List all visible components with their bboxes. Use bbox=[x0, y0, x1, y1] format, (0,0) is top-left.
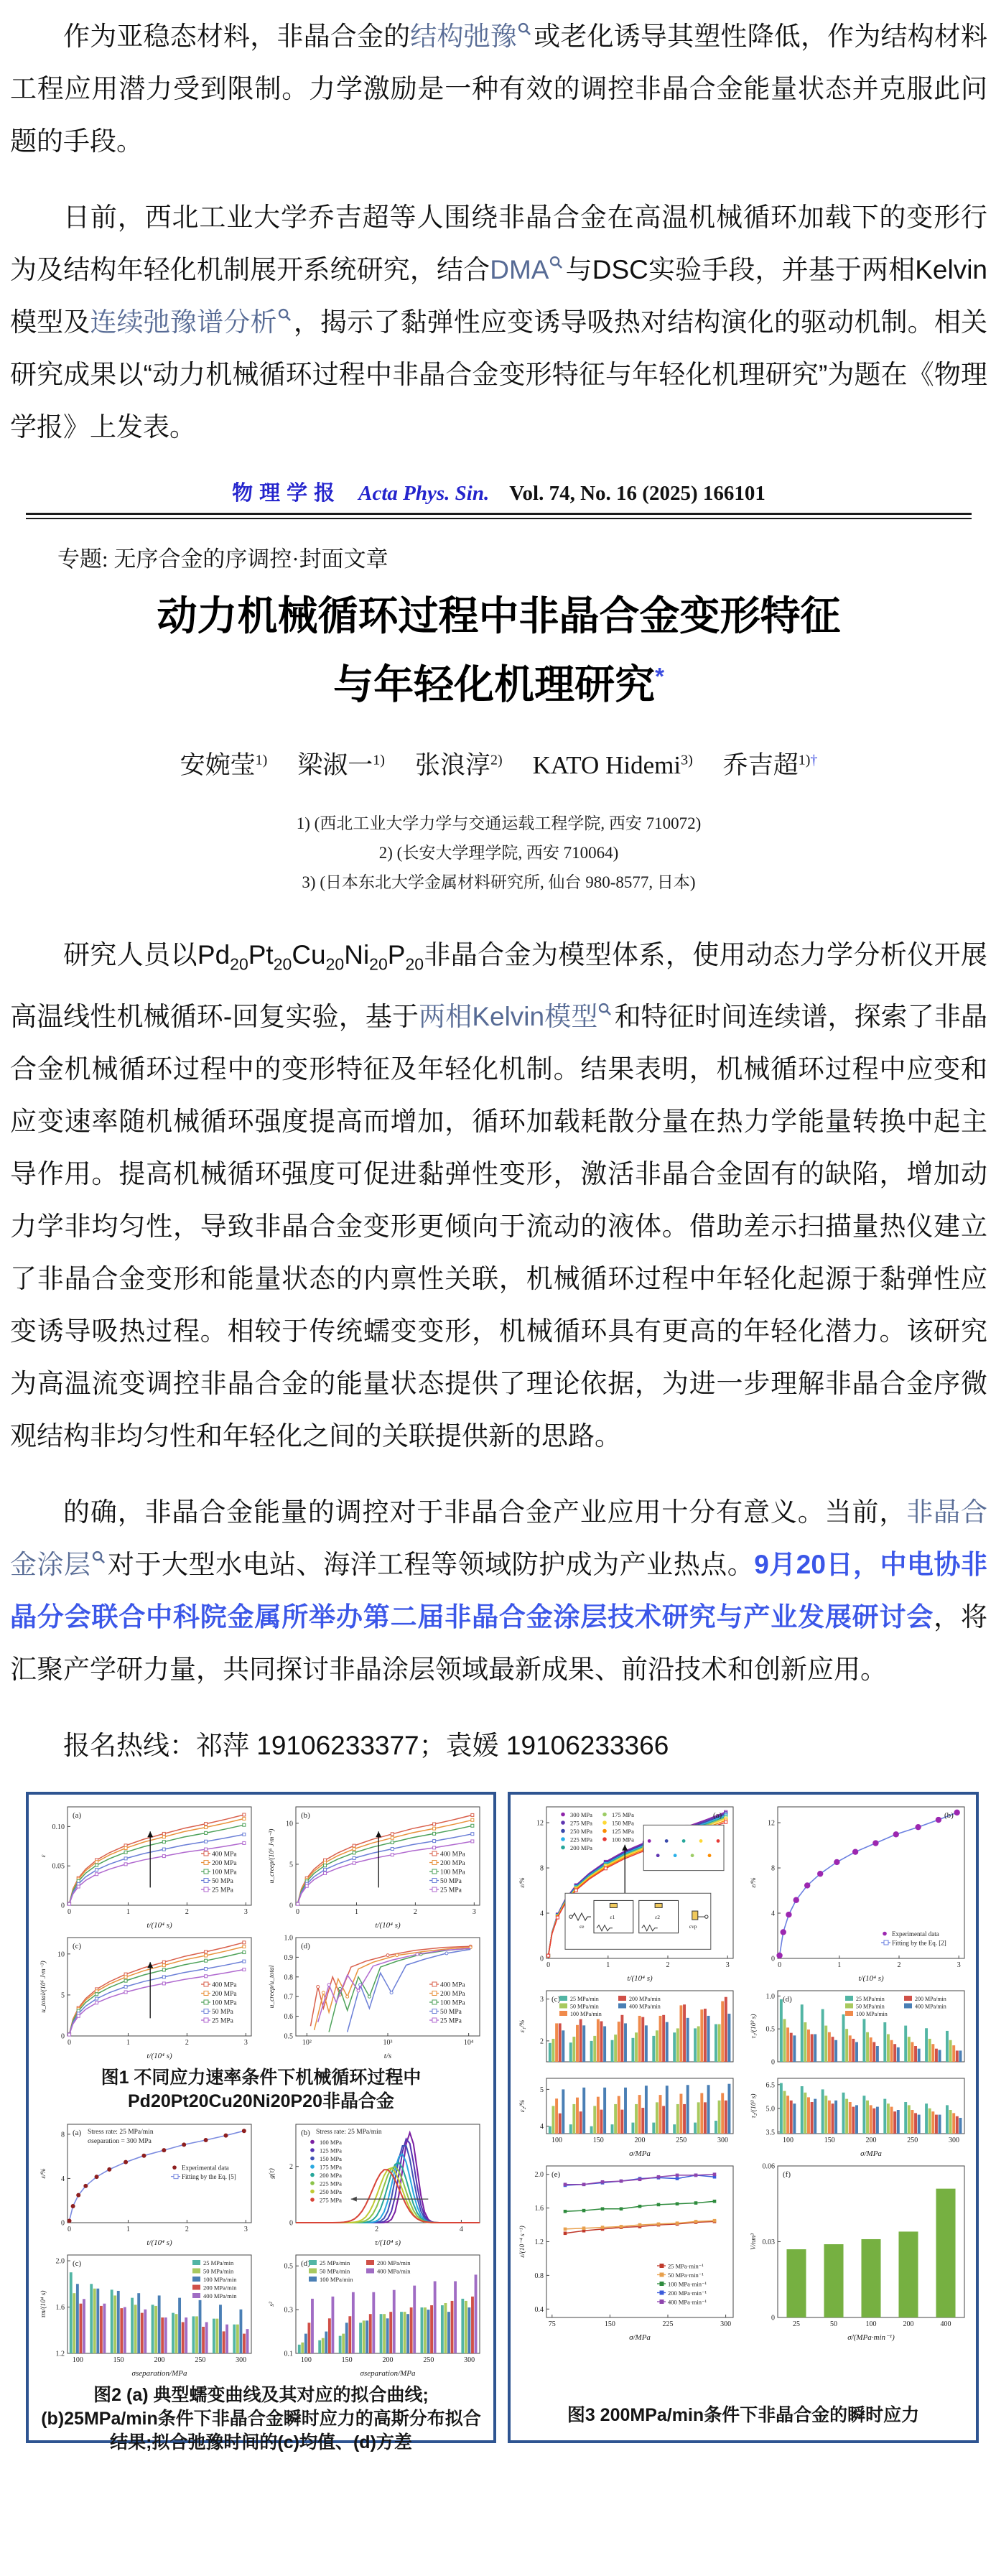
svg-text:(e): (e) bbox=[551, 2170, 561, 2179]
svg-text:2.0: 2.0 bbox=[535, 2171, 544, 2179]
svg-text:25 MPa: 25 MPa bbox=[440, 1887, 462, 1894]
svg-text:(d): (d) bbox=[301, 1942, 310, 1950]
svg-text:2: 2 bbox=[289, 2163, 293, 2171]
fig3-panel-a: 048120123t/(10⁴ s)ε/%(a)300 MPa275 MPa25… bbox=[516, 1802, 739, 1983]
svg-text:200 MPa/min: 200 MPa/min bbox=[915, 1996, 946, 2002]
svg-text:200 MPa: 200 MPa bbox=[440, 1860, 465, 1867]
svg-text:225: 225 bbox=[663, 2320, 674, 2328]
svg-text:(c): (c) bbox=[73, 2259, 82, 2268]
fig3-panel-e: 0.40.81.21.62.075150225300σ/MPaε̇/(10⁻⁴ … bbox=[516, 2161, 739, 2342]
svg-text:4: 4 bbox=[540, 2123, 544, 2131]
paragraph-1: 作为亚稳态材料，非晶合金的结构弛豫或老化诱导其塑性降低，作为结构材料工程应用潜力… bbox=[10, 10, 987, 167]
svg-text:0.4: 0.4 bbox=[535, 2306, 544, 2314]
fig1-caption: 图1 不同应力速率条件下机械循环过程中Pd20Pt20Cu20Ni20P20非晶… bbox=[40, 2066, 482, 2114]
chem-subscript: 20 bbox=[369, 954, 388, 973]
fig2-panel-d: 0.10.30.5100150200250300σseparation/MPas… bbox=[266, 2250, 485, 2378]
svg-text:100 MPa/min: 100 MPa/min bbox=[856, 2011, 888, 2017]
svg-text:125 MPa: 125 MPa bbox=[320, 2147, 342, 2154]
svg-text:0: 0 bbox=[289, 1902, 293, 1910]
svg-text:400 MPa/min: 400 MPa/min bbox=[203, 2292, 237, 2300]
fig2-panels: 0480123t/(10⁴ s)ε/%(a)Stress rate: 25 MP… bbox=[33, 2119, 489, 2378]
svg-text:1: 1 bbox=[606, 1961, 610, 1969]
svg-text:t/s: t/s bbox=[383, 2052, 391, 2060]
svg-text:50 MPa: 50 MPa bbox=[440, 2009, 462, 2016]
affiliations: 1) (西北工业大学力学与交通运载工程学院, 西安 710072) 2) (长安… bbox=[26, 809, 972, 897]
svg-text:8: 8 bbox=[771, 1865, 775, 1873]
svg-text:100 MPa·min⁻¹: 100 MPa·min⁻¹ bbox=[668, 2281, 707, 2288]
svg-text:(a): (a) bbox=[73, 2129, 82, 2137]
svg-text:150: 150 bbox=[824, 2136, 835, 2144]
svg-text:50 MPa/min: 50 MPa/min bbox=[570, 2004, 599, 2010]
svg-text:200: 200 bbox=[903, 2320, 914, 2328]
fig3-panel-d2: 3.55.06.5100150200250300σ/MPaτ₂/(10³ s) bbox=[748, 2073, 970, 2158]
svg-text:25 MPa·min⁻¹: 25 MPa·min⁻¹ bbox=[668, 2263, 704, 2270]
chem-subscript: 20 bbox=[230, 954, 248, 973]
fig1-panel-a: 00.050.100123t/(10⁴ s)ε(a)400 MPa200 MPa… bbox=[37, 1802, 257, 1930]
paper-title-line1: 动力机械循环过程中非晶合金变形特征 bbox=[26, 586, 972, 646]
svg-text:2: 2 bbox=[666, 1961, 670, 1969]
svg-text:3: 3 bbox=[540, 1996, 544, 2004]
svg-text:25 MPa/min: 25 MPa/min bbox=[570, 1996, 599, 2002]
svg-text:100: 100 bbox=[551, 2136, 562, 2144]
svg-text:1: 1 bbox=[126, 2039, 129, 2047]
svg-text:250 MPa: 250 MPa bbox=[320, 2188, 342, 2195]
svg-text:u_creep/u_total: u_creep/u_total bbox=[269, 1965, 276, 2008]
svg-text:(d): (d) bbox=[783, 1995, 792, 2004]
svg-text:0.1: 0.1 bbox=[284, 2351, 293, 2358]
fig1-panel-d: 0.50.60.70.80.91.010²10³10⁴t/su_creep/u_… bbox=[266, 1933, 485, 2060]
svg-text:400 MPa: 400 MPa bbox=[212, 1982, 237, 1989]
svg-text:250: 250 bbox=[423, 2356, 434, 2364]
svg-text:50 MPa/min: 50 MPa/min bbox=[320, 2268, 350, 2275]
svg-text:200 MPa: 200 MPa bbox=[440, 1991, 465, 1998]
svg-text:200 MPa·min⁻¹: 200 MPa·min⁻¹ bbox=[668, 2289, 707, 2297]
chem-subscript: 20 bbox=[274, 954, 292, 973]
svg-text:σ/MPa: σ/MPa bbox=[629, 2149, 651, 2158]
svg-text:u_total/(10⁶ J·m⁻³): u_total/(10⁶ J·m⁻³) bbox=[39, 1961, 47, 2012]
svg-text:25 MPa/min: 25 MPa/min bbox=[856, 1996, 885, 2002]
svg-text:10: 10 bbox=[286, 1820, 293, 1828]
svg-text:400 MPa/min: 400 MPa/min bbox=[629, 2004, 661, 2010]
affiliation-3: 3) (日本东北大学金属材料研究所, 仙台 980-8577, 日本) bbox=[26, 868, 972, 897]
svg-text:g(τ): g(τ) bbox=[268, 2168, 276, 2178]
svg-text:(f): (f) bbox=[783, 2170, 791, 2179]
svg-text:1.6: 1.6 bbox=[55, 2304, 65, 2312]
svg-text:0.3: 0.3 bbox=[284, 2307, 293, 2315]
journal-header: 物理学报Acta Phys. Sin.Vol. 74, No. 16 (2025… bbox=[26, 477, 972, 506]
svg-text:0: 0 bbox=[61, 2220, 65, 2228]
svg-text:0: 0 bbox=[771, 2315, 775, 2322]
svg-text:400 MPa: 400 MPa bbox=[440, 1851, 465, 1859]
svg-text:t/(10⁴ s): t/(10⁴ s) bbox=[146, 2238, 172, 2247]
svg-text:0: 0 bbox=[778, 1961, 781, 1969]
svg-text:25: 25 bbox=[793, 2320, 800, 2328]
svg-text:10²: 10² bbox=[302, 2039, 311, 2047]
fig1-panel-c: 05100123t/(10⁴ s)u_total/(10⁶ J·m⁻³)(c)4… bbox=[37, 1933, 257, 2060]
inline-link[interactable]: 结构弛豫 bbox=[410, 22, 517, 51]
text-run: 研究人员以Pd bbox=[63, 940, 230, 970]
svg-text:(b): (b) bbox=[944, 1811, 954, 1820]
svg-text:50 MPa/min: 50 MPa/min bbox=[856, 2004, 885, 2010]
fig3-panel-f: 00.030.06σ̇/(MPa·min⁻¹)V/nm³255010020040… bbox=[748, 2161, 970, 2342]
svg-text:0.5: 0.5 bbox=[284, 2033, 293, 2041]
svg-text:2: 2 bbox=[185, 2039, 188, 2047]
svg-text:25 MPa: 25 MPa bbox=[212, 1887, 234, 1894]
svg-text:3: 3 bbox=[243, 2039, 247, 2047]
svg-text:(a): (a) bbox=[713, 1811, 722, 1820]
fig2-panel-b: 0224τ/(10⁴ s)g(τ)(b)Stress rate: 25 MPa/… bbox=[266, 2119, 485, 2247]
svg-text:100: 100 bbox=[300, 2356, 311, 2364]
svg-text:0.06: 0.06 bbox=[763, 2163, 776, 2171]
svg-text:(a): (a) bbox=[73, 1811, 82, 1820]
svg-text:100 MPa: 100 MPa bbox=[440, 1869, 465, 1877]
svg-text:200: 200 bbox=[866, 2136, 877, 2144]
svg-text:1: 1 bbox=[354, 1908, 358, 1916]
svg-text:3: 3 bbox=[243, 1908, 247, 1916]
author: 安婉莹1) bbox=[180, 751, 268, 779]
svg-text:5: 5 bbox=[289, 1861, 293, 1869]
svg-text:125 MPa: 125 MPa bbox=[612, 1828, 634, 1835]
paper-title-line2: 与年轻化机理研究* bbox=[26, 646, 972, 715]
svg-text:σseparation/MPa: σseparation/MPa bbox=[131, 2369, 187, 2378]
fig3-panel-d1: 00.51.0τ₁/(10³ s)(d)25 MPa/min50 MPa/min… bbox=[748, 1986, 970, 2070]
svg-text:275 MPa: 275 MPa bbox=[320, 2197, 342, 2204]
svg-text:Stress rate: 25 MPa/min: Stress rate: 25 MPa/min bbox=[88, 2129, 154, 2136]
svg-text:3: 3 bbox=[243, 2226, 247, 2233]
svg-text:100 MPa/min: 100 MPa/min bbox=[570, 2011, 602, 2017]
svg-text:0: 0 bbox=[771, 1956, 775, 1963]
svg-text:225 MPa: 225 MPa bbox=[570, 1836, 592, 1843]
svg-text:25 MPa: 25 MPa bbox=[440, 2018, 462, 2025]
svg-text:ε/%: ε/% bbox=[40, 2168, 47, 2178]
svg-text:Fitting by the Eq. [5]: Fitting by the Eq. [5] bbox=[182, 2173, 236, 2180]
svg-text:0: 0 bbox=[546, 1961, 550, 1969]
svg-text:0: 0 bbox=[61, 2033, 65, 2041]
svg-text:2: 2 bbox=[540, 2037, 544, 2045]
svg-text:5.0: 5.0 bbox=[766, 2105, 776, 2113]
svg-text:50 MPa/min: 50 MPa/min bbox=[203, 2268, 234, 2275]
svg-text:0: 0 bbox=[771, 2059, 775, 2067]
svg-text:400 MPa/min: 400 MPa/min bbox=[377, 2268, 411, 2275]
svg-text:τm/(10⁴ s): τm/(10⁴ s) bbox=[39, 2290, 47, 2317]
svg-text:0: 0 bbox=[61, 1902, 65, 1910]
svg-text:200: 200 bbox=[635, 2136, 646, 2144]
svg-text:2: 2 bbox=[185, 2226, 188, 2233]
svg-text:0.8: 0.8 bbox=[284, 1973, 293, 1981]
paragraph-2: 日前，西北工业大学乔吉超等人围绕非晶合金在高温机械循环加载下的变形行为及结构年轻… bbox=[10, 191, 987, 453]
affiliation-1: 1) (西北工业大学力学与交通运载工程学院, 西安 710072) bbox=[26, 809, 972, 838]
svg-text:τ₂/(10³ s): τ₂/(10³ s) bbox=[750, 2094, 758, 2119]
svg-text:100 MPa/min: 100 MPa/min bbox=[320, 2276, 353, 2283]
svg-text:300: 300 bbox=[949, 2136, 959, 2144]
journal-en-title: Acta Phys. Sin. bbox=[358, 482, 489, 505]
svg-text:σseparation/MPa: σseparation/MPa bbox=[360, 2369, 415, 2378]
svg-text:0.7: 0.7 bbox=[284, 1994, 293, 2001]
chem-subscript: 20 bbox=[326, 954, 345, 973]
svg-text:275 MPa: 275 MPa bbox=[570, 1820, 592, 1827]
svg-text:225 MPa: 225 MPa bbox=[320, 2180, 342, 2187]
svg-text:50 MPa: 50 MPa bbox=[212, 2009, 234, 2016]
figure-box-right: 048120123t/(10⁴ s)ε/%(a)300 MPa275 MPa25… bbox=[508, 1792, 979, 2443]
hotline: 报名热线：祁萍 19106233377；袁媛 19106233366 bbox=[10, 1719, 987, 1772]
svg-text:3.5: 3.5 bbox=[766, 2129, 776, 2136]
svg-text:εe: εe bbox=[580, 1923, 585, 1930]
svg-text:1: 1 bbox=[126, 2226, 129, 2233]
svg-text:Stress rate: 25 MPa/min: Stress rate: 25 MPa/min bbox=[316, 2129, 382, 2136]
author: 梁淑一1) bbox=[297, 751, 385, 779]
search-icon[interactable] bbox=[518, 22, 531, 36]
text-run: Ni bbox=[344, 940, 369, 970]
svg-text:12: 12 bbox=[536, 1820, 544, 1828]
title-asterisk: * bbox=[655, 663, 664, 689]
journal-volume: Vol. 74, No. 16 (2025) 166101 bbox=[509, 482, 765, 505]
svg-text:400 MPa: 400 MPa bbox=[212, 1851, 237, 1859]
svg-text:100 MPa: 100 MPa bbox=[320, 2139, 342, 2146]
svg-text:4: 4 bbox=[459, 2226, 462, 2233]
svg-text:25 MPa/min: 25 MPa/min bbox=[203, 2259, 234, 2266]
svg-text:3: 3 bbox=[957, 1961, 961, 1969]
text-run: Pt bbox=[248, 940, 274, 970]
fig3-caption: 图3 200MPa/min条件下非晶合金的瞬时应力 bbox=[522, 2404, 964, 2427]
fig3-panel-b: 048120123t/(10⁴ s)ε/%(b)Experimental dat… bbox=[748, 1802, 970, 1983]
svg-text:200 MPa: 200 MPa bbox=[212, 1860, 237, 1867]
search-icon[interactable] bbox=[598, 1003, 612, 1016]
svg-text:200 MPa/min: 200 MPa/min bbox=[203, 2284, 237, 2292]
figures-row: 00.050.100123t/(10⁴ s)ε(a)400 MPa200 MPa… bbox=[26, 1792, 979, 2443]
text-run: 的确，非晶合金能量的调控对于非晶合金产业应用十分有意义。当前， bbox=[63, 1497, 906, 1527]
svg-text:σseparation = 300 MPa: σseparation = 300 MPa bbox=[88, 2138, 152, 2145]
fig3-panels: 048120123t/(10⁴ s)ε/%(a)300 MPa275 MPa25… bbox=[515, 1802, 972, 2342]
svg-text:4: 4 bbox=[540, 1910, 544, 1918]
svg-text:(b): (b) bbox=[301, 2129, 310, 2137]
header-double-rule bbox=[26, 513, 972, 519]
svg-text:t/(10⁴ s): t/(10⁴ s) bbox=[375, 1921, 401, 1930]
svg-text:0.8: 0.8 bbox=[535, 2272, 544, 2280]
svg-text:s²: s² bbox=[269, 2302, 276, 2307]
svg-text:400 MPa/min: 400 MPa/min bbox=[915, 2004, 946, 2010]
svg-text:300: 300 bbox=[720, 2320, 731, 2328]
svg-text:200: 200 bbox=[154, 2356, 164, 2364]
svg-text:2: 2 bbox=[898, 1961, 901, 1969]
svg-text:400: 400 bbox=[941, 2320, 951, 2328]
svg-text:ε: ε bbox=[40, 1854, 47, 1857]
text-run: P bbox=[388, 940, 406, 970]
svg-text:5: 5 bbox=[61, 1991, 65, 1999]
svg-text:100 MPa: 100 MPa bbox=[612, 1836, 634, 1843]
svg-text:τ₁/(10³ s): τ₁/(10³ s) bbox=[750, 2014, 758, 2039]
svg-text:(c): (c) bbox=[551, 1995, 561, 2004]
svg-text:t/(10⁴ s): t/(10⁴ s) bbox=[858, 1974, 884, 1983]
svg-text:150: 150 bbox=[605, 2320, 615, 2328]
search-icon[interactable] bbox=[92, 1550, 106, 1564]
svg-text:250: 250 bbox=[907, 2136, 918, 2144]
inline-link[interactable]: DMA bbox=[490, 255, 549, 284]
svg-text:ε̇/(10⁻⁴ s⁻¹): ε̇/(10⁻⁴ s⁻¹) bbox=[518, 2226, 526, 2257]
svg-text:12: 12 bbox=[768, 1820, 775, 1828]
svg-text:4: 4 bbox=[61, 2175, 65, 2183]
svg-text:σ/MPa: σ/MPa bbox=[860, 2149, 882, 2158]
svg-text:u_creep/(10⁶ J·m⁻³): u_creep/(10⁶ J·m⁻³) bbox=[268, 1829, 276, 1884]
fig3-panel-c1: 23ε₁/%(c)25 MPa/min50 MPa/min100 MPa/min… bbox=[516, 1986, 739, 2070]
svg-text:25 MPa/min: 25 MPa/min bbox=[320, 2259, 350, 2266]
svg-text:0: 0 bbox=[68, 2039, 71, 2047]
svg-text:1.6: 1.6 bbox=[535, 2205, 544, 2213]
text-run: 作为亚稳态材料，非晶合金的 bbox=[63, 22, 410, 51]
text-run: Cu bbox=[292, 940, 325, 970]
svg-text:ε2: ε2 bbox=[655, 1914, 660, 1920]
chem-subscript: 20 bbox=[405, 954, 424, 973]
inline-link[interactable]: 两相Kelvin模型 bbox=[419, 1002, 597, 1031]
svg-text:(c): (c) bbox=[73, 1942, 82, 1950]
journal-article-image: 物理学报Acta Phys. Sin.Vol. 74, No. 16 (2025… bbox=[26, 477, 972, 897]
svg-text:εvp: εvp bbox=[689, 1923, 697, 1930]
svg-text:100: 100 bbox=[783, 2136, 793, 2144]
svg-text:3: 3 bbox=[472, 1908, 475, 1916]
svg-text:2: 2 bbox=[185, 1908, 188, 1916]
svg-text:10³: 10³ bbox=[383, 2039, 392, 2047]
svg-text:300: 300 bbox=[717, 2136, 728, 2144]
corresponding-author-dagger: † bbox=[810, 752, 817, 768]
svg-text:0: 0 bbox=[68, 2226, 71, 2233]
svg-text:ε₁/%: ε₁/% bbox=[519, 2020, 526, 2033]
svg-text:t/(10⁴ s): t/(10⁴ s) bbox=[627, 1974, 653, 1983]
svg-text:150: 150 bbox=[341, 2356, 352, 2364]
svg-text:0: 0 bbox=[68, 1908, 71, 1916]
svg-text:150: 150 bbox=[113, 2356, 124, 2364]
svg-text:8: 8 bbox=[61, 2131, 65, 2139]
text-run: 对于大型水电站、海洋工程等领域防护成为产业热点。 bbox=[108, 1550, 755, 1579]
svg-text:50 MPa: 50 MPa bbox=[212, 1878, 234, 1885]
svg-text:10: 10 bbox=[57, 1950, 65, 1958]
fig2-panel-a: 0480123t/(10⁴ s)ε/%(a)Stress rate: 25 MP… bbox=[37, 2119, 257, 2247]
author: KATO Hidemi3) bbox=[533, 751, 693, 779]
svg-text:100 MPa/min: 100 MPa/min bbox=[203, 2276, 237, 2283]
svg-text:0.05: 0.05 bbox=[52, 1863, 65, 1871]
svg-text:50: 50 bbox=[830, 2320, 837, 2328]
paragraph-3: 研究人员以Pd20Pt20Cu20Ni20P20非晶合金为模型体系，使用动态力学… bbox=[10, 929, 987, 1462]
affiliation-2: 2) (长安大学理学院, 西安 710064) bbox=[26, 838, 972, 868]
svg-text:250: 250 bbox=[195, 2356, 205, 2364]
svg-text:75: 75 bbox=[549, 2320, 556, 2328]
svg-text:ε1: ε1 bbox=[610, 1914, 615, 1920]
svg-text:σ̇/(MPa·min⁻¹): σ̇/(MPa·min⁻¹) bbox=[847, 2333, 895, 2342]
svg-text:1.0: 1.0 bbox=[284, 1935, 293, 1943]
svg-text:25 MPa: 25 MPa bbox=[212, 2018, 234, 2025]
svg-text:1.2: 1.2 bbox=[55, 2351, 65, 2358]
paper-title: 动力机械循环过程中非晶合金变形特征 与年轻化机理研究* bbox=[26, 586, 972, 715]
svg-text:3: 3 bbox=[726, 1961, 730, 1969]
fig1-panels: 00.050.100123t/(10⁴ s)ε(a)400 MPa200 MPa… bbox=[33, 1802, 489, 2060]
svg-text:100 MPa: 100 MPa bbox=[212, 2000, 237, 2007]
fig2-panel-c: 1.21.62.0100150200250300σseparation/MPaτ… bbox=[37, 2250, 257, 2378]
svg-text:t/(10⁴ s): t/(10⁴ s) bbox=[146, 2052, 172, 2060]
svg-text:300: 300 bbox=[236, 2356, 246, 2364]
search-icon[interactable] bbox=[549, 256, 563, 269]
svg-text:Experimental data: Experimental data bbox=[892, 1930, 939, 1938]
svg-text:150: 150 bbox=[593, 2136, 604, 2144]
svg-text:0.5: 0.5 bbox=[766, 2026, 776, 2034]
svg-text:V/nm³: V/nm³ bbox=[750, 2233, 758, 2250]
figure-box-left: 00.050.100123t/(10⁴ s)ε(a)400 MPa200 MPa… bbox=[26, 1792, 496, 2443]
svg-text:100: 100 bbox=[72, 2356, 83, 2364]
svg-text:Fitting by the Eq. [2]: Fitting by the Eq. [2] bbox=[892, 1940, 946, 1947]
svg-text:Experimental data: Experimental data bbox=[182, 2165, 229, 2172]
svg-text:τ/(10⁴ s): τ/(10⁴ s) bbox=[374, 2238, 401, 2247]
svg-text:200 MPa/min: 200 MPa/min bbox=[629, 1996, 661, 2002]
svg-text:100: 100 bbox=[866, 2320, 877, 2328]
svg-text:200 MPa: 200 MPa bbox=[212, 1991, 237, 1998]
svg-text:0.5: 0.5 bbox=[284, 2263, 293, 2271]
svg-text:200: 200 bbox=[382, 2356, 393, 2364]
fig1-panel-b: 05100123t/(10⁴ s)u_creep/(10⁶ J·m⁻³)(b)4… bbox=[266, 1802, 485, 1930]
svg-text:300: 300 bbox=[464, 2356, 475, 2364]
svg-text:300 MPa: 300 MPa bbox=[570, 1811, 592, 1818]
svg-text:1.2: 1.2 bbox=[535, 2238, 544, 2246]
svg-text:50 MPa·min⁻¹: 50 MPa·min⁻¹ bbox=[668, 2272, 704, 2279]
svg-text:400 MPa: 400 MPa bbox=[440, 1982, 465, 1989]
fig2-caption: 图2 (a) 典型蠕变曲线及其对应的拟合曲线;(b)25MPa/min条件下非晶… bbox=[40, 2384, 482, 2455]
svg-text:0.03: 0.03 bbox=[763, 2238, 776, 2246]
svg-text:100 MPa: 100 MPa bbox=[212, 1869, 237, 1877]
svg-text:1.0: 1.0 bbox=[766, 1993, 776, 2001]
svg-text:2: 2 bbox=[375, 2226, 378, 2233]
svg-text:250: 250 bbox=[676, 2136, 687, 2144]
svg-text:0.10: 0.10 bbox=[52, 1823, 65, 1831]
paragraph-4: 的确，非晶合金能量的调控对于非晶合金产业应用十分有意义。当前，非晶合金涂层对于大… bbox=[10, 1486, 987, 1696]
svg-text:175 MPa: 175 MPa bbox=[320, 2164, 342, 2171]
author: 张浪淳2) bbox=[415, 751, 503, 779]
svg-text:ε₂/%: ε₂/% bbox=[519, 2100, 526, 2113]
svg-text:10⁴: 10⁴ bbox=[463, 2039, 473, 2047]
svg-text:2.0: 2.0 bbox=[55, 2258, 65, 2266]
svg-text:200 MPa: 200 MPa bbox=[570, 1844, 592, 1851]
author: 乔吉超1)† bbox=[723, 751, 818, 779]
fig3-panel-c2: 45100150200250300σ/MPaε₂/% bbox=[516, 2073, 739, 2158]
svg-text:1: 1 bbox=[126, 1908, 129, 1916]
svg-text:0: 0 bbox=[296, 1908, 299, 1916]
svg-text:1: 1 bbox=[837, 1961, 841, 1969]
svg-text:8: 8 bbox=[540, 1865, 544, 1873]
svg-text:5: 5 bbox=[540, 2086, 544, 2094]
inline-link[interactable]: 连续弛豫谱分析 bbox=[90, 307, 277, 337]
svg-text:50 MPa: 50 MPa bbox=[440, 1878, 462, 1885]
journal-topic: 专题: 无序合金的序调控·封面文章 bbox=[57, 541, 972, 573]
svg-text:2: 2 bbox=[413, 1908, 416, 1916]
svg-text:0.9: 0.9 bbox=[284, 1954, 293, 1962]
svg-text:175 MPa: 175 MPa bbox=[612, 1811, 634, 1818]
svg-text:ε/%: ε/% bbox=[519, 1877, 526, 1887]
search-icon[interactable] bbox=[278, 308, 292, 322]
svg-text:σ/MPa: σ/MPa bbox=[629, 2333, 651, 2342]
article-content: 作为亚稳态材料，非晶合金的结构弛豫或老化诱导其塑性降低，作为结构材料工程应用潜力… bbox=[0, 0, 996, 2443]
svg-text:6.5: 6.5 bbox=[766, 2081, 776, 2089]
svg-text:(b): (b) bbox=[301, 1811, 310, 1820]
journal-cn-title: 物理学报 bbox=[232, 482, 341, 505]
svg-text:t/(10⁴ s): t/(10⁴ s) bbox=[146, 1921, 172, 1930]
svg-text:250 MPa: 250 MPa bbox=[570, 1828, 592, 1835]
svg-text:ε/%: ε/% bbox=[750, 1877, 758, 1887]
text-run: 和特征时间连续谱，探索了非晶合金机械循环过程中的变形特征及年轻化机制。结果表明，… bbox=[10, 1002, 987, 1451]
svg-text:0: 0 bbox=[289, 2220, 293, 2228]
svg-text:100 MPa: 100 MPa bbox=[440, 2000, 465, 2007]
svg-text:200 MPa/min: 200 MPa/min bbox=[377, 2259, 411, 2266]
svg-text:200 MPa: 200 MPa bbox=[320, 2172, 342, 2179]
svg-text:0.6: 0.6 bbox=[284, 2013, 293, 2021]
svg-text:150 MPa: 150 MPa bbox=[320, 2155, 342, 2162]
authors-line: 安婉莹1)梁淑一1)张浪淳2)KATO Hidemi3)乔吉超1)† bbox=[26, 745, 972, 781]
svg-text:0: 0 bbox=[540, 1956, 544, 1963]
svg-text:4: 4 bbox=[771, 1910, 775, 1918]
